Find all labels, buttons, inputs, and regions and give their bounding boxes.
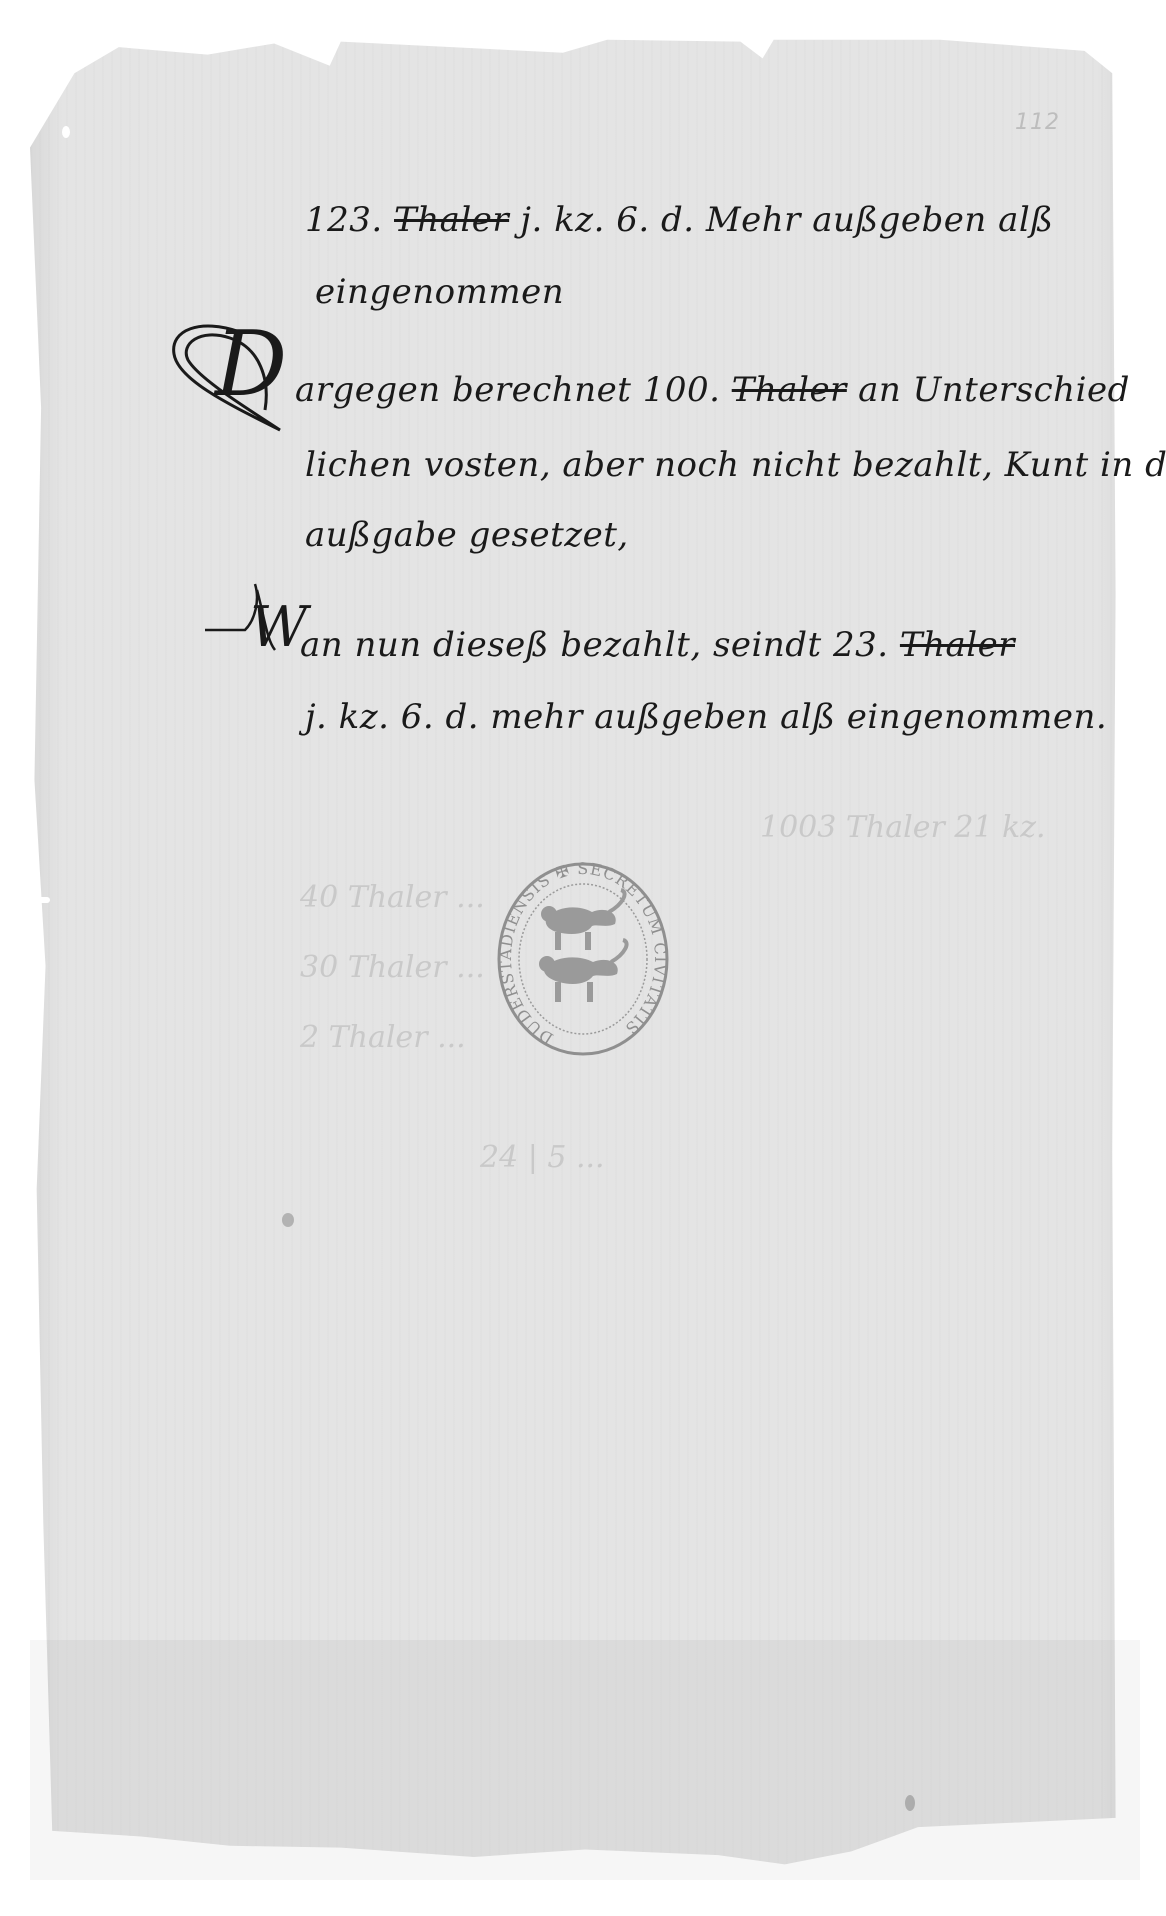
text-line: außgabe gesetzet, <box>305 515 629 555</box>
line-text: lichen vosten, aber noch nicht bezahlt, … <box>305 445 1166 485</box>
ink-spot <box>62 126 70 138</box>
paragraph-initial: W <box>250 600 308 656</box>
line-text: j. kz. 6. d. mehr außgeben alß eingenomm… <box>305 697 1107 737</box>
line-text: an Unterschied <box>858 370 1130 410</box>
struck-word: Thaler <box>900 625 1015 665</box>
bleed-through-line: 1003 Thaler 21 kz. <box>760 810 1046 845</box>
text-line: eingenommen <box>315 272 564 312</box>
line-text: an nun dieseß bezahlt, seindt 23. <box>300 625 889 665</box>
struck-word: Thaler <box>732 370 847 410</box>
line-text: argegen berechnet 100. <box>295 370 720 410</box>
ink-spot <box>905 1795 915 1811</box>
ink-spot <box>282 1213 294 1227</box>
text-line: argegen berechnet 100. Thaler an Untersc… <box>295 370 1130 410</box>
text-line: j. kz. 6. d. mehr außgeben alß eingenomm… <box>305 697 1107 737</box>
bleed-through-line: 2 Thaler ... <box>300 1020 466 1055</box>
line-text: j. kz. 6. d. Mehr außgeben alß <box>520 200 1053 240</box>
text-line: an nun dieseß bezahlt, seindt 23. Thaler <box>300 625 1015 665</box>
folio-number: 112 <box>1015 110 1060 135</box>
paper-fold-shade <box>30 1640 1140 1880</box>
paragraph-initial: D <box>215 320 287 410</box>
archive-seal-stamp: DUDERSTADIENSIS ✠ SECRETUM CIVITATIS <box>497 862 669 1056</box>
struck-word: Thaler <box>394 200 509 240</box>
line-text: außgabe gesetzet, <box>305 515 629 555</box>
bleed-through-line: 40 Thaler ... <box>300 880 485 915</box>
bleed-through-line: 30 Thaler ... <box>300 950 485 985</box>
bleed-through-line: 24 | 5 ... <box>480 1140 605 1175</box>
svg-text:DUDERSTADIENSIS ✠ SECRETUM CIV: DUDERSTADIENSIS ✠ SECRETUM CIVITATIS <box>497 862 669 1048</box>
text-line: lichen vosten, aber noch nicht bezahlt, … <box>305 445 1166 485</box>
edge-tear <box>28 897 50 903</box>
seal-icon: DUDERSTADIENSIS ✠ SECRETUM CIVITATIS <box>497 862 669 1056</box>
text-line: 123. Thaler j. kz. 6. d. Mehr außgeben a… <box>305 200 1053 240</box>
line-text: eingenommen <box>315 272 564 312</box>
amount-number: 123. <box>305 200 383 240</box>
